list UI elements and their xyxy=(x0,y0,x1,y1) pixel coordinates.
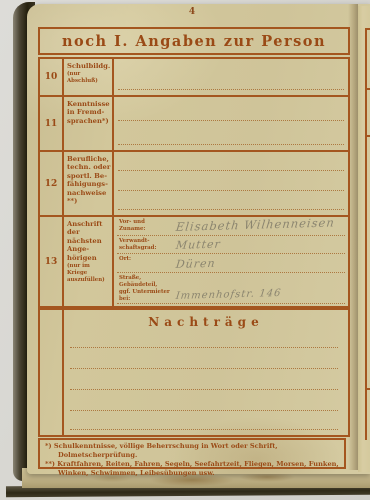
field-row: Vor- und Zuname: Elisabeth Wilhenneisen xyxy=(117,217,345,236)
footnote-single-asterisk: *) Schulkenntnisse, völlige Beherrschung… xyxy=(45,442,339,460)
table-row: 13 Anschrift der nächsten Ange- hörigen(… xyxy=(40,215,348,306)
dotted-entry-line xyxy=(70,410,338,411)
field-label: Ort: xyxy=(117,254,171,263)
row-number: 10 xyxy=(40,59,64,95)
next-page-rule xyxy=(366,28,370,30)
next-page-rule xyxy=(366,388,370,390)
handwritten-relation: Mutter xyxy=(171,234,347,253)
dotted-entry-line xyxy=(70,389,338,390)
field-row: Ort: Düren xyxy=(117,254,345,273)
next-page-sliver xyxy=(358,6,370,472)
row-label-text: Anschrift der nächsten Ange- hörigen xyxy=(67,220,102,262)
row-number: 11 xyxy=(40,97,64,150)
next-page-rule xyxy=(366,88,370,90)
dotted-entry-line xyxy=(118,121,344,145)
field-label: Verwandt- schaftsgrad: xyxy=(117,236,171,252)
field-label: Straße, Gebäudeteil, ggf. Untermieter be… xyxy=(117,273,171,303)
row-label-note: (nur im Kriege auszufüllen) xyxy=(67,263,111,283)
handwritten-name: Elisabeth Wilhenneisen xyxy=(171,215,347,235)
row-number: 13 xyxy=(40,217,64,306)
table-row: 11 Kenntnisse in Fremd- sprachen*) xyxy=(40,95,348,150)
addenda-section: Nachträge xyxy=(38,308,350,437)
entry-area xyxy=(114,152,348,215)
row-label-text: Kenntnisse in Fremd- sprachen*) xyxy=(67,100,110,125)
row-number: 12 xyxy=(40,152,64,215)
section-title: noch I. Angaben zur Person xyxy=(62,33,326,50)
person-details-table: 10 Schulbildg.(nur Abschluß) 11 Kenntnis… xyxy=(38,57,350,308)
row-label: Berufliche, techn. oder sportl. Be- fähi… xyxy=(64,152,114,215)
section-header: noch I. Angaben zur Person xyxy=(38,27,350,55)
dotted-entry-line xyxy=(118,191,344,210)
next-page-rule xyxy=(366,135,370,137)
row-label-note: (nur Abschluß) xyxy=(67,71,111,85)
dotted-entry-line xyxy=(118,97,344,121)
dotted-entry-line xyxy=(70,368,338,369)
field-row: Verwandt- schaftsgrad: Mutter xyxy=(117,236,345,255)
row-label: Anschrift der nächsten Ange- hörigen(nur… xyxy=(64,217,114,306)
footnote-double-asterisk: **) Kraftfahren, Reiten, Fahren, Segeln,… xyxy=(45,460,339,478)
table-row: 10 Schulbildg.(nur Abschluß) xyxy=(40,59,348,95)
row-label: Kenntnisse in Fremd- sprachen*) xyxy=(64,97,114,150)
table-row: 12 Berufliche, techn. oder sportl. Be- f… xyxy=(40,150,348,215)
dotted-entry-line xyxy=(118,152,344,171)
dotted-entry-line xyxy=(118,59,344,90)
entry-area xyxy=(114,59,348,95)
entry-area xyxy=(114,97,348,150)
next-of-kin-fields: Vor- und Zuname: Elisabeth Wilhenneisen … xyxy=(114,217,348,306)
handwritten-street: Immenhofstr. 146 xyxy=(171,286,346,303)
page-number: 4 xyxy=(182,7,202,17)
row-label-text: Schulbildg. xyxy=(67,62,110,70)
row-label: Schulbildg.(nur Abschluß) xyxy=(64,59,114,95)
handwritten-town: Düren xyxy=(171,253,347,272)
dotted-entry-line xyxy=(70,429,338,430)
row-label-text: Berufliche, techn. oder sportl. Be- fähi… xyxy=(67,155,110,205)
photographed-document: 4 noch I. Angaben zur Person 10 Schulbil… xyxy=(0,0,370,500)
dotted-entry-line xyxy=(118,171,344,190)
field-row: Straße, Gebäudeteil, ggf. Untermieter be… xyxy=(117,273,345,304)
addenda-title: Nachträge xyxy=(64,315,348,329)
footnotes: *) Schulkenntnisse, völlige Beherrschung… xyxy=(38,438,346,469)
dotted-entry-line xyxy=(70,347,338,348)
field-label: Vor- und Zuname: xyxy=(117,217,171,233)
